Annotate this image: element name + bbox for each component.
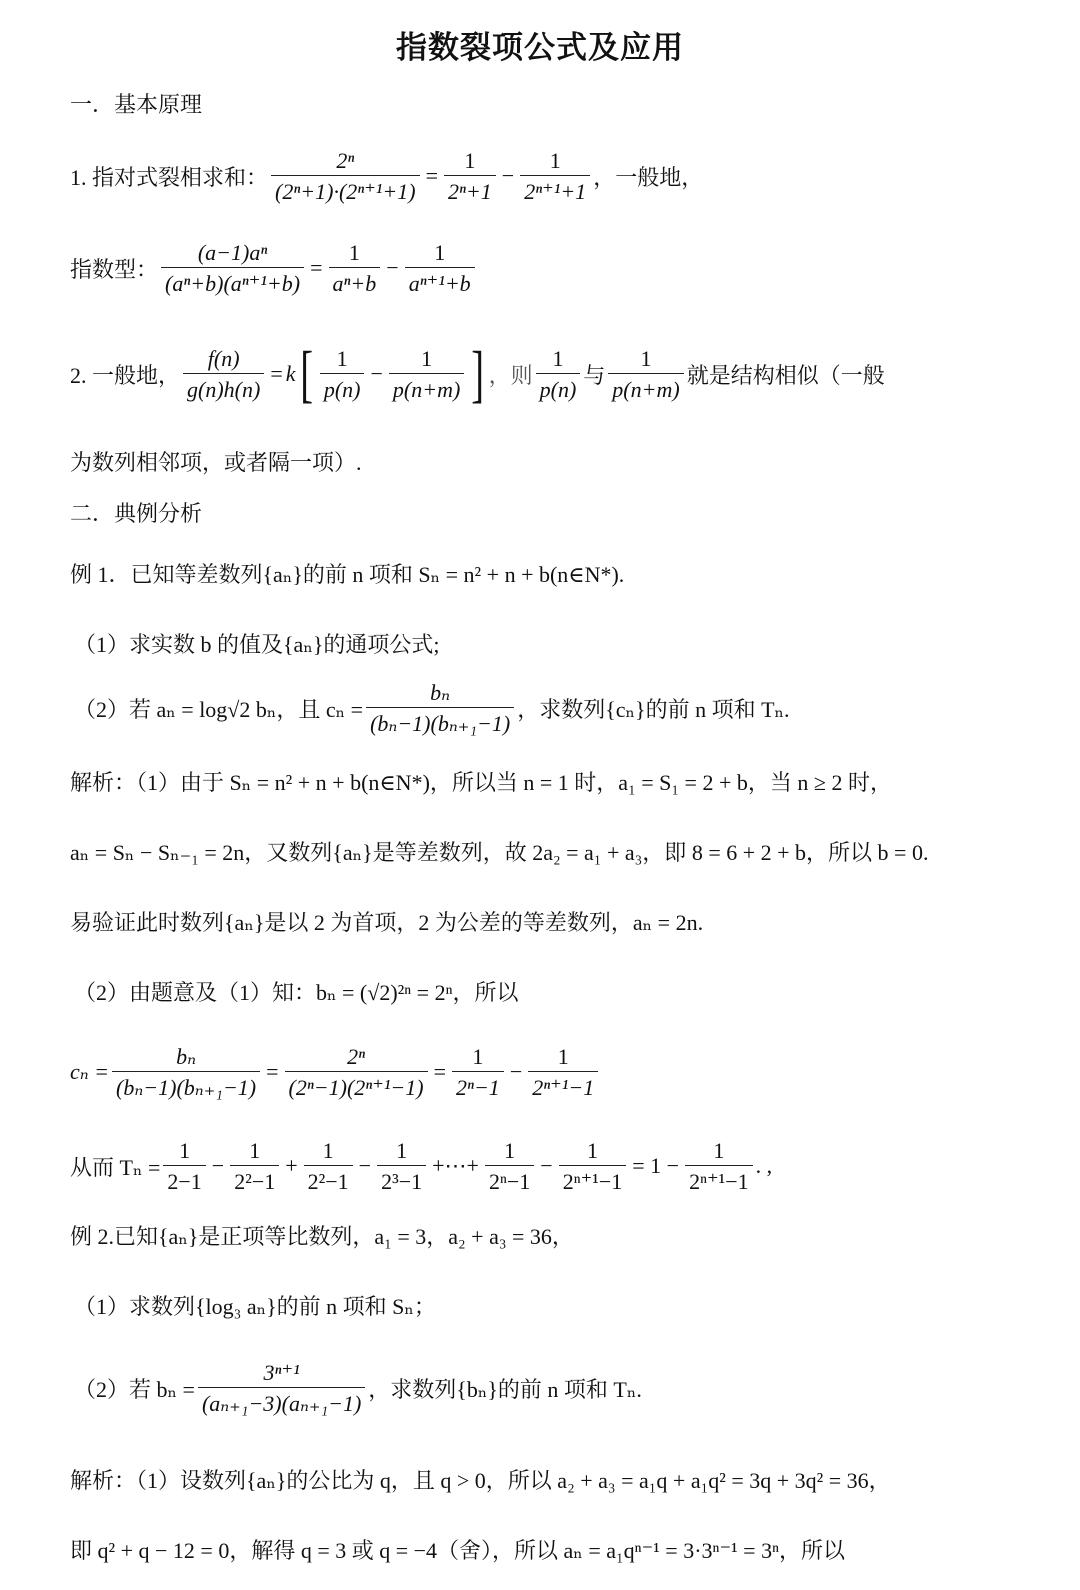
example-1-solution-line-2: aₙ = Sₙ − Sₙ₋₁ = 2n，又数列{aₙ}是等差数列，故 2a₂ =… [70,836,928,867]
fraction: 1 p(n) [320,346,365,403]
example-2-statement: 例 2.已知{aₙ}是正项等比数列，a₁ = 3，a₂ + a₃ = 36， [70,1220,574,1251]
example-1-tn-sum: 从而 Tₙ = 1 2−1 − 1 2²−1 + 1 2²−1 − 1 2³−1… [70,1138,772,1195]
left-bracket: [ [300,342,313,406]
right-bracket: ] [472,342,485,406]
section-heading-basic-principle: 一．基本原理 [70,88,202,119]
section-heading-examples: 二．典例分析 [70,497,202,528]
fraction: 1 2−1 [163,1138,205,1195]
fraction: 2ⁿ (2ⁿ−1)(2ⁿ⁺¹−1) [285,1044,428,1101]
rule-1-tail: ，一般地， [593,161,703,192]
example-1-solution-line-1: 解析：（1）由于 Sₙ = n² + n + b(n∈N*)，所以当 n = 1… [70,766,892,797]
fraction: 1 2ⁿ⁺¹−1 [559,1138,627,1195]
fraction: 1 2ⁿ−1 [452,1044,504,1101]
rule-2-formula: 2. 一般地， f(n) g(n)h(n) = k [ 1 p(n) − 1 p… [70,342,885,406]
fraction: 1 p(n) [536,346,581,403]
example-1-solution-line-4: （2）由题意及（1）知：bₙ = (√2)²ⁿ = 2ⁿ，所以 [74,976,519,1007]
example-2-question-2: （2）若 bₙ = 3ⁿ⁺¹ (aₙ₊₁−3)(aₙ₊₁−1) ，求数列{bₙ}… [74,1360,642,1417]
document-title: 指数裂项公式及应用 [0,22,1080,67]
fraction: f(n) g(n)h(n) [183,346,264,403]
fraction: (a−1)aⁿ (aⁿ+b)(aⁿ⁺¹+b) [161,240,304,297]
rule-2-continuation: 为数列相邻项，或者隔一项）. [70,446,362,477]
fraction: 2ⁿ (2ⁿ+1)·(2ⁿ⁺¹+1) [271,148,420,205]
fraction: bₙ (bₙ−1)(bₙ₊₁−1) [112,1044,260,1101]
fraction: bₙ (bₙ−1)(bₙ₊₁−1) [366,680,514,737]
rule-2-label: 2. 一般地， [70,359,180,390]
fraction: 1 p(n+m) [389,346,464,403]
rule-1-label: 1. 指对式裂相求和： [70,161,268,192]
fraction: 1 2ⁿ⁺¹−1 [528,1044,598,1101]
example-1-solution-line-3: 易验证此时数列{aₙ}是以 2 为首项，2 为公差的等差数列，aₙ = 2n. [70,906,703,937]
fraction: 1 2ⁿ+1 [444,148,496,205]
example-1-question-1: （1）求实数 b 的值及{aₙ}的通项公式; [74,628,440,659]
fraction: 1 2ⁿ⁺¹+1 [520,148,590,205]
example-2-solution-line-1: 解析：（1）设数列{aₙ}的公比为 q，且 q > 0，所以 a₂ + a₃ =… [70,1464,891,1495]
rule-1-formula: 1. 指对式裂相求和： 2ⁿ (2ⁿ+1)·(2ⁿ⁺¹+1) = 1 2ⁿ+1 … [70,148,703,205]
fraction: 1 2²−1 [230,1138,279,1195]
example-2-solution-line-2: 即 q² + q − 12 = 0，解得 q = 3 或 q = −4（舍），所… [70,1534,845,1565]
rule-exp-label: 指数型： [70,253,158,284]
fraction: 1 2²−1 [304,1138,353,1195]
fraction: 1 aⁿ⁺¹+b [405,240,475,297]
example-1-cn-derivation: cₙ = bₙ (bₙ−1)(bₙ₊₁−1) = 2ⁿ (2ⁿ−1)(2ⁿ⁺¹−… [70,1044,601,1101]
example-2-question-1: （1）求数列{log₃ aₙ}的前 n 项和 Sₙ； [74,1290,436,1321]
fraction: 1 2³−1 [377,1138,426,1195]
fraction: 1 2ⁿ⁺¹−1 [685,1138,753,1195]
example-1-question-2: （2）若 aₙ = log√2 bₙ，且 cₙ = bₙ (bₙ−1)(bₙ₊₁… [74,680,790,737]
fraction: 1 p(n+m) [608,346,683,403]
fraction: 3ⁿ⁺¹ (aₙ₊₁−3)(aₙ₊₁−1) [198,1360,365,1417]
rule-exponential-formula: 指数型： (a−1)aⁿ (aⁿ+b)(aⁿ⁺¹+b) = 1 aⁿ+b − 1… [70,240,478,297]
fraction: 1 2ⁿ−1 [485,1138,534,1195]
example-1-statement: 例 1．已知等差数列{aₙ}的前 n 项和 Sₙ = n² + n + b(n∈… [70,558,624,589]
fraction: 1 aⁿ+b [329,240,381,297]
